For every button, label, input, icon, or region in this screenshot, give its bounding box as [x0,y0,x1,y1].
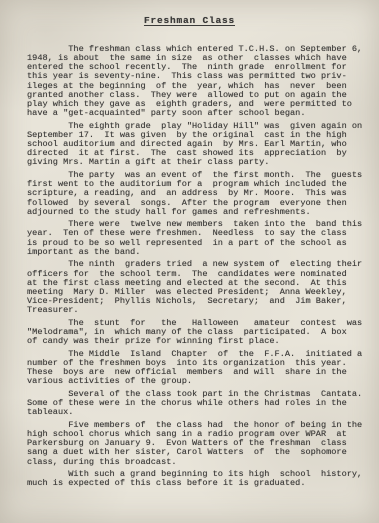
paragraph: The freshman class which entered T.C.H.S… [27,45,371,118]
paragraph: The party was an event of the first mont… [27,171,371,217]
paragraph: The ninth graders tried a new system of … [27,260,371,315]
paragraph: Several of the class took part in the Ch… [27,390,371,417]
document-page: Freshman Class The freshman class which … [0,0,379,523]
paragraph: The eighth grade play "Holiday Hill" was… [27,122,371,168]
page-title: Freshman Class [0,0,379,26]
paragraph: The stunt for the Halloween amateur cont… [27,319,371,346]
paragraph: The Middle Island Chapter of the F.F.A. … [27,350,371,387]
document-body: The freshman class which entered T.C.H.S… [0,45,379,489]
paragraph: Five members of the class had the honor … [27,421,371,467]
paragraph: There were twelve new members taken into… [27,220,371,257]
paragraph: With such a grand beginning to its high … [27,470,371,488]
